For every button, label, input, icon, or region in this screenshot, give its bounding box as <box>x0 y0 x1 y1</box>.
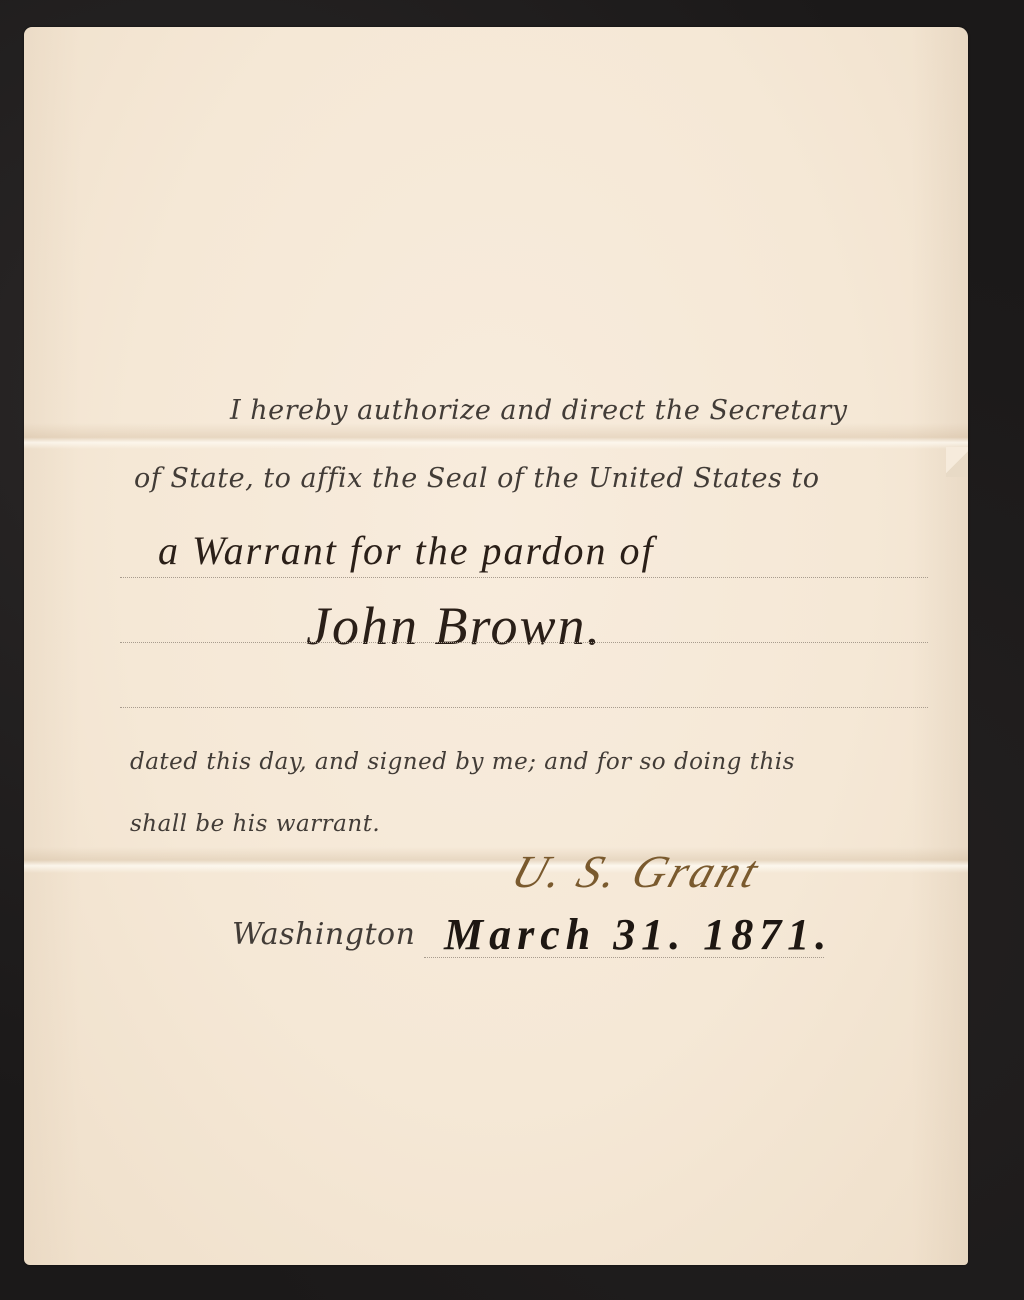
body-line-1: I hereby authorize and direct the Secret… <box>230 395 848 426</box>
fold-crease-upper <box>24 423 968 449</box>
handwritten-pardon-name: John Brown. <box>306 595 602 657</box>
rule-line-3 <box>120 707 928 708</box>
rule-line-1 <box>120 577 928 578</box>
torn-corner <box>946 447 968 477</box>
place-label: Washington <box>232 917 415 952</box>
fold-crease-lower <box>24 847 968 873</box>
body-line-2: of State, to affix the Seal of the Unite… <box>134 463 820 494</box>
presidential-signature: U. S. Grant <box>505 845 767 898</box>
rule-line-2 <box>120 642 928 643</box>
handwritten-date: March 31. 1871. <box>444 909 832 960</box>
body-line-6: shall be his warrant. <box>130 811 380 837</box>
document-sheet: I hereby authorize and direct the Secret… <box>24 27 968 1265</box>
body-line-5: dated this day, and signed by me; and fo… <box>130 749 795 775</box>
handwritten-warrant-line: a Warrant for the pardon of <box>158 527 655 574</box>
